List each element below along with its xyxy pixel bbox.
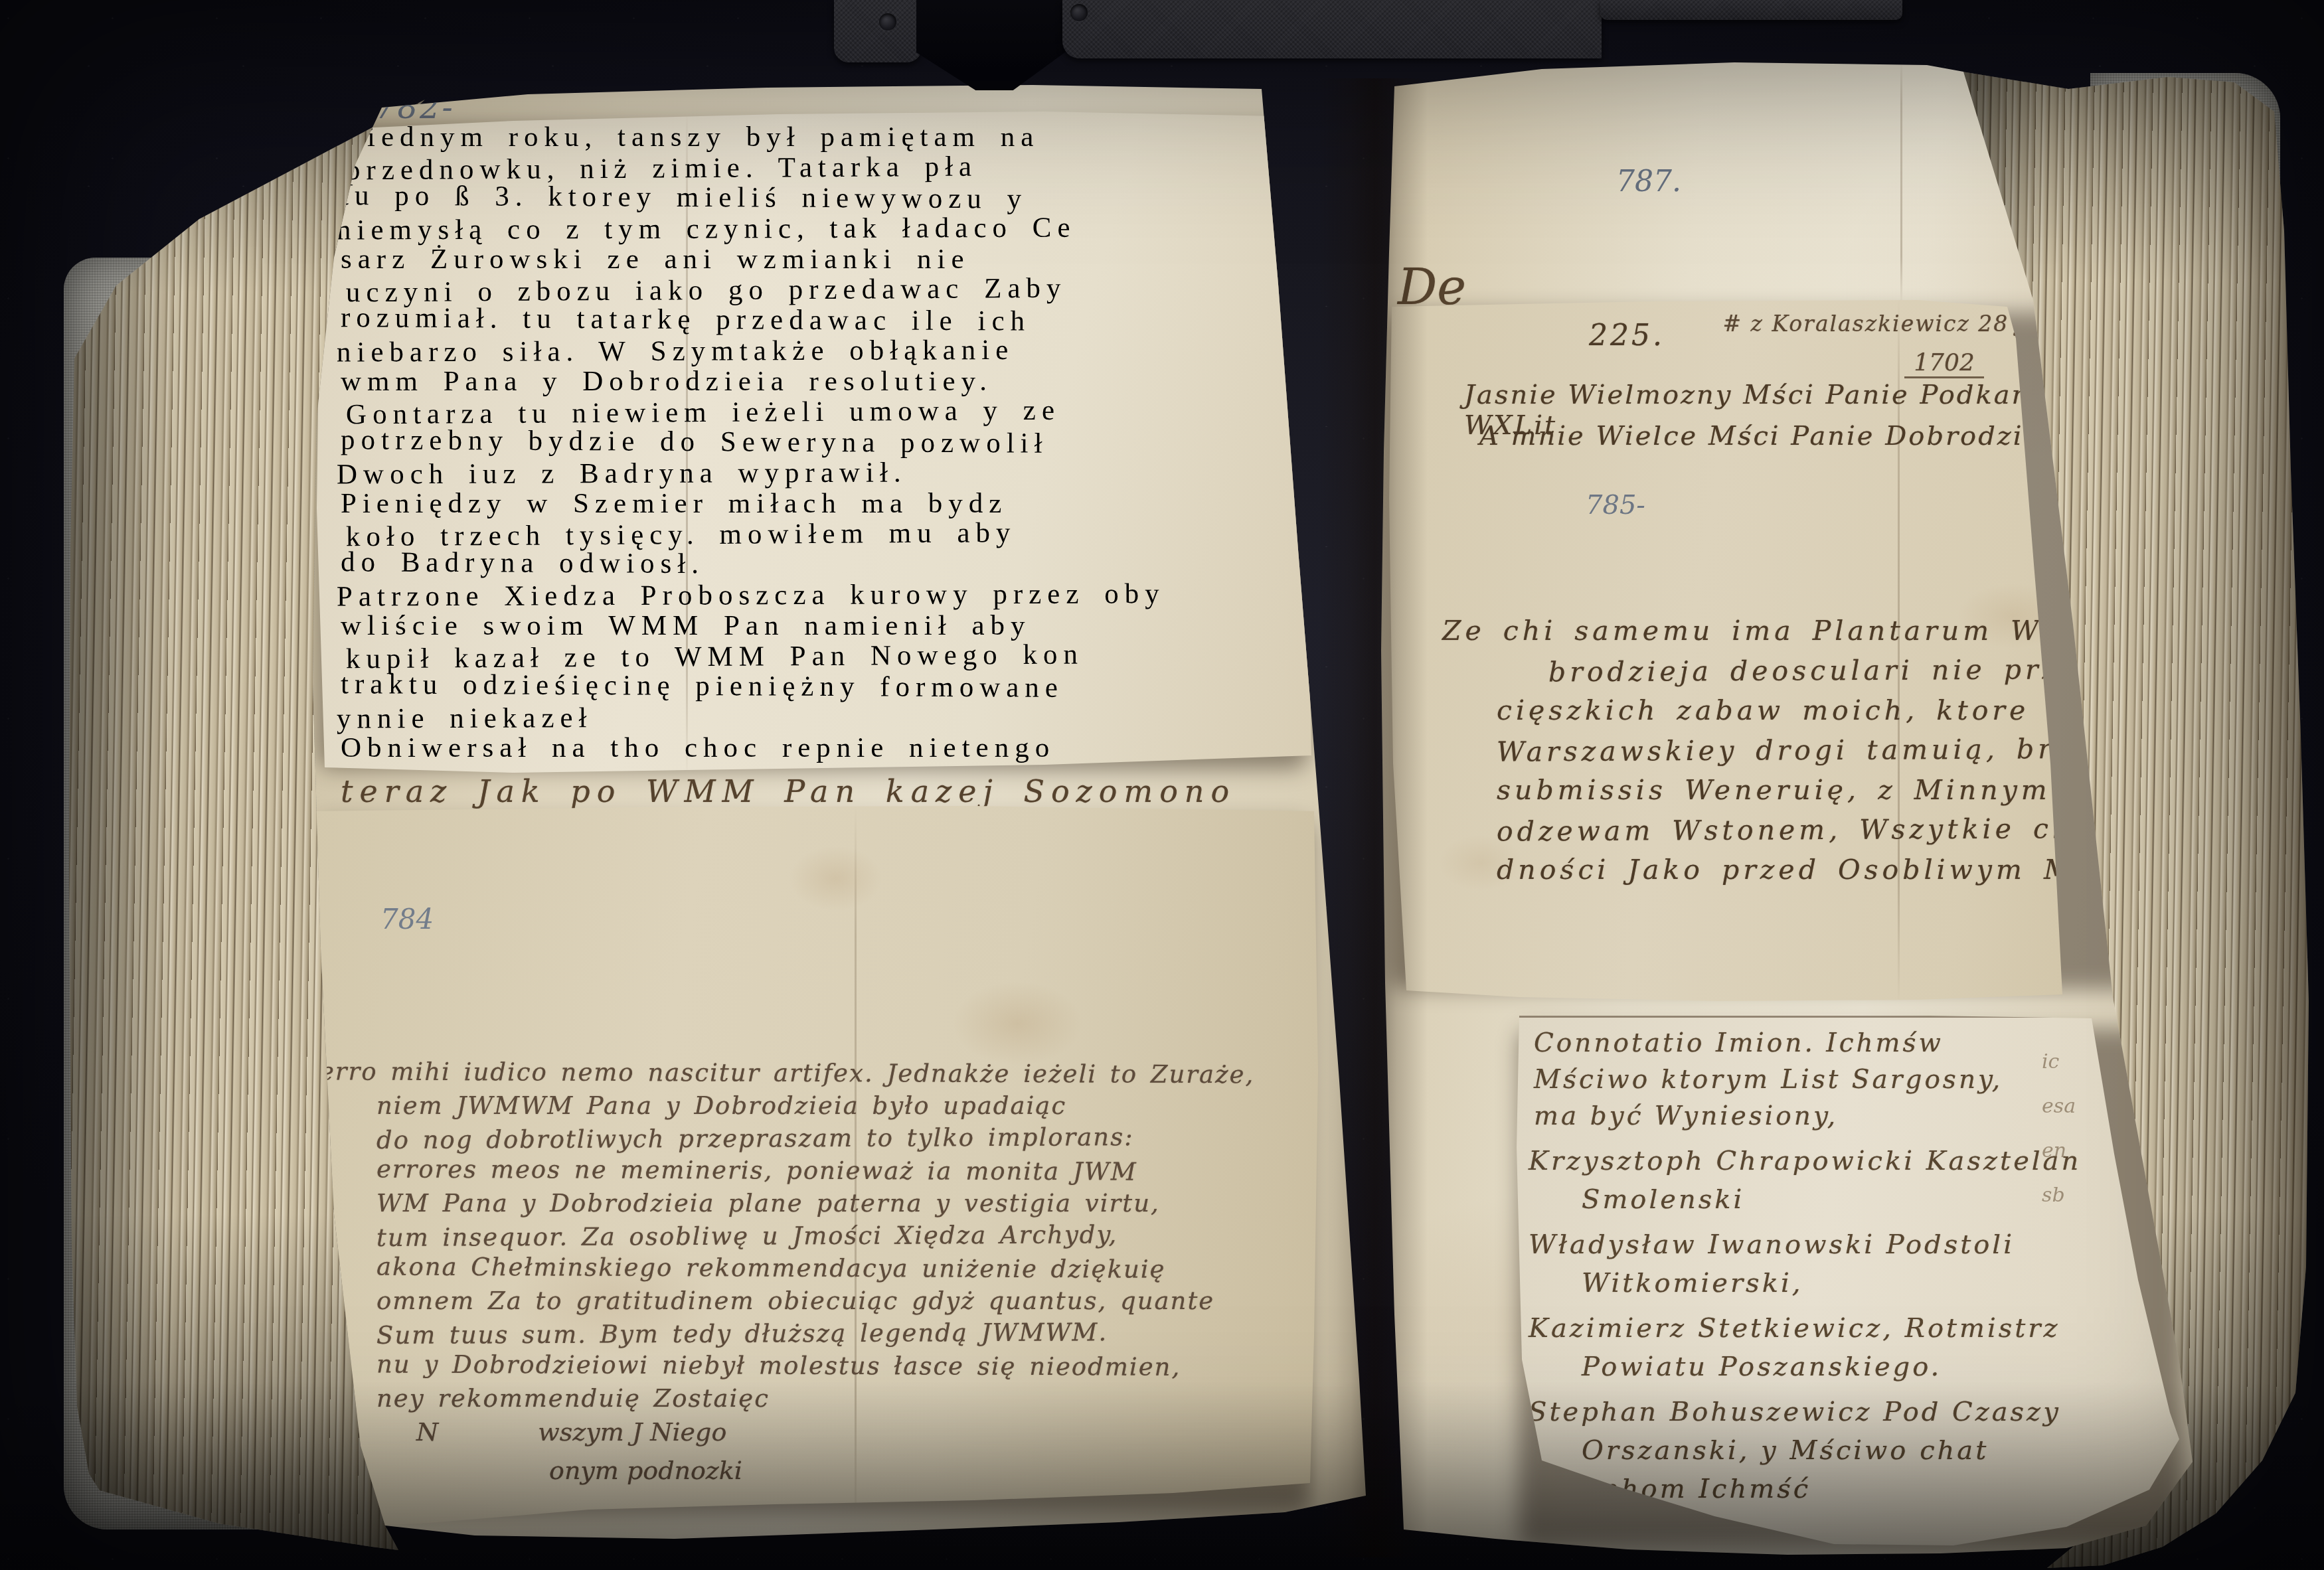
fold-crease	[1900, 60, 1902, 305]
text-line: Pieniędzy w Szemier miłach ma bydz	[341, 489, 1297, 519]
text-line: niebarzo siła. W Szymtakże obłąkanie	[337, 334, 1293, 368]
text-line: wmm Pana y Dobrodzieia resolutiey.	[341, 366, 1297, 397]
letter-closing: Nwszym J Niego onym podnozki	[416, 1414, 742, 1488]
folio-number-782: 782-	[375, 89, 455, 126]
manuscript-photo: 782- teraz Jak po WMM Pan kazej Sozomono…	[0, 0, 2324, 1570]
edge-fragment: esa	[2042, 1095, 2076, 1118]
folio-number-784: 784	[380, 903, 434, 935]
scanner-clamp-right	[1062, 0, 1602, 58]
text-line: rozumiał. tu tatarkę przedawac ile ich	[341, 303, 1297, 339]
text-line: wliście swoim WMM Pan namienił aby	[341, 611, 1297, 641]
text-line: potrzebny bydzie do Seweryna pozwolił	[341, 425, 1297, 461]
text-line: nu y Dobrodzieiowi niebył molestus łasce…	[376, 1348, 1306, 1384]
text-line: do Badryna odwiosł.	[341, 547, 1297, 583]
dateline: # z Koralaszkiewicz 28 Jan	[1718, 311, 2057, 337]
name-line: Powiatu Poszanskiego.	[1582, 1348, 2081, 1386]
name-line: Krzysztoph Chrapowicki Kasztelan	[1529, 1142, 2081, 1180]
closing-line: onym podnozki	[549, 1452, 742, 1488]
text-line: Mściwo ktorym List Sargosny,	[1534, 1061, 2003, 1098]
text-line: wiednym roku, tanszy był pamiętam na	[341, 122, 1297, 153]
folio-number-787: 787.	[1616, 165, 1681, 198]
text-line: ynnie niekazeł	[337, 700, 1293, 734]
document-number: 225.	[1589, 319, 1665, 353]
closing-text: wszym J Niego	[538, 1417, 726, 1447]
folio-number-785: 785-	[1586, 490, 1645, 520]
text-line: errores meos ne memineris, ponieważ ia m…	[376, 1153, 1306, 1189]
scanner-clamp-right-strip	[1600, 0, 1902, 20]
year: 1702	[1904, 349, 1984, 378]
text-line: do nog dobrotliwych przepraszam to tylko…	[376, 1120, 1306, 1156]
text-line: Obniwersał na tho choc repnie nietengo	[341, 733, 1297, 763]
text-line: ma być Wyniesiony,	[1534, 1098, 2003, 1135]
pasted-note-connotatio: Connotatio Imion. Ichmśw Mściwo ktorym L…	[1515, 1014, 2193, 1565]
text-line: omnem Za to gratitudinem obiecuiąc gdyż …	[376, 1285, 1306, 1317]
name-line: Władysław Iwanowski Podstoli	[1529, 1225, 2081, 1264]
letter-782-text: wiednym roku, tanszy był pamiętam na prz…	[341, 122, 1297, 763]
text-line: akona Chełminskiego rekommendacya uniżen…	[376, 1251, 1306, 1287]
name-line: Smolenski	[1582, 1180, 2081, 1219]
name-entry: Władysław Iwanowski Podstoli Witkomiersk…	[1529, 1225, 2081, 1302]
sheet-edge-line	[1519, 1016, 2169, 1018]
text-line: erro mihi iudico nemo nascitur artifex. …	[319, 1055, 1306, 1091]
name-line: Witkomierski,	[1582, 1264, 2081, 1302]
edge-fragment: sb	[2042, 1184, 2076, 1207]
pasted-letter-782: wiednym roku, tanszy był pamiętam na prz…	[314, 110, 1317, 778]
text-line: tum insequor. Za osobliwę u Jmości Xiędz…	[376, 1217, 1306, 1254]
text-line: niemysłą co z tym czynic, tak ładaco Ce	[337, 212, 1293, 246]
name-line: Orszanski, y Mściwo chat	[1582, 1431, 2081, 1470]
text-line: sarz Żurowski ze ani wzmianki nie	[341, 244, 1297, 275]
scanner-clamp-gap	[916, 0, 1072, 90]
text-line: Dwoch iuz z Badryna wyprawił.	[337, 456, 1293, 490]
name-line: Kazimierz Stetkiewicz, Rotmistrz	[1529, 1309, 2081, 1348]
name-entry: Krzysztoph Chrapowicki Kasztelan Smolens…	[1529, 1142, 2081, 1219]
closing-initial: N	[416, 1417, 438, 1447]
edge-fragment: en	[2042, 1139, 2076, 1162]
closing-line: Nwszym J Niego	[416, 1414, 742, 1450]
text-line: niem JWMWM Pana y Dobrodzieia było upada…	[376, 1089, 1306, 1122]
pasted-letter-784: 784 erro mihi iudico nemo nascitur artif…	[310, 806, 1321, 1531]
text-line: WM Pana y Dobrodzieia plane paterna y ve…	[376, 1187, 1306, 1219]
text-line: Patrzone Xiedza Proboszcza kurowy przez …	[337, 578, 1293, 612]
letter-784-text: erro mihi iudico nemo nascitur artifex. …	[319, 1057, 1306, 1415]
salutation-line: A mnie Wielce Mści Panie Dobrodzieju.	[1479, 421, 2081, 451]
clamp-rivet-icon	[1070, 4, 1088, 21]
left-page: 782- teraz Jak po WMM Pan kazej Sozomono…	[302, 85, 1374, 1555]
page-edge-text-fragments: ic esa en sb	[2042, 1050, 2076, 1228]
name-line: Stephan Bohuszewicz Pod Czaszy	[1529, 1393, 2081, 1431]
text-line: traktu odzieśięcinę pieniężny formowane	[341, 669, 1297, 705]
text-line: Connotatio Imion. Ichmśw	[1534, 1025, 2003, 1061]
names-list: Krzysztoph Chrapowicki Kasztelan Smolens…	[1529, 1142, 2081, 1515]
note-heading: Connotatio Imion. Ichmśw Mściwo ktorym L…	[1534, 1025, 2003, 1135]
text-line: tu po ß 3. ktorey mieliś niewywozu y	[341, 181, 1297, 216]
edge-fragment: ic	[2042, 1050, 2076, 1073]
hidden-text-line: teraz Jak po WMM Pan kazej Sozomono	[341, 771, 1323, 810]
clamp-rivet-icon	[879, 13, 896, 31]
text-line: ney rekommenduię Zostaięc	[376, 1382, 1306, 1415]
name-entry: Kazimierz Stetkiewicz, Rotmistrz Powiatu…	[1529, 1309, 2081, 1386]
scanner-clamp-left	[834, 0, 922, 62]
text-line: Sum tuus sum. Bym tedy dłuższą legendą J…	[376, 1315, 1306, 1352]
